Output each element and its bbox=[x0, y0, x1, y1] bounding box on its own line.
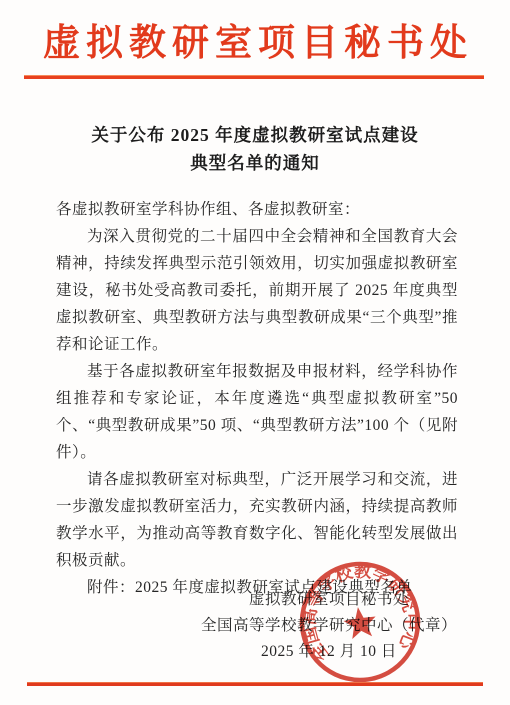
document-body: 各虚拟教研室学科协作组、各虚拟教研室： 为深入贯彻党的二十届四中全会精神和全国教… bbox=[56, 196, 458, 601]
letterhead-title: 虚拟教研室项目秘书处 bbox=[0, 12, 510, 66]
document-title-line2: 典型名单的通知 bbox=[0, 149, 510, 177]
paragraph-3: 请各虚拟教研室对标典型，广泛开展学习和交流，进一步激发虚拟教研室活力，充实教研内… bbox=[56, 466, 458, 574]
salutation: 各虚拟教研室学科协作组、各虚拟教研室： bbox=[56, 196, 458, 223]
signature-org-1: 虚拟教研室项目秘书处 bbox=[174, 587, 484, 613]
signature-block: 虚拟教研室项目秘书处 全国高等学校教学研究中心（代章） 2025 年 12 月 … bbox=[174, 587, 484, 665]
footer-rule bbox=[27, 682, 483, 686]
signature-date: 2025 年 12 月 10 日 bbox=[174, 639, 484, 665]
paragraph-1: 为深入贯彻党的二十届四中全会精神和全国教育大会精神，持续发挥典型示范引领效用，切… bbox=[56, 223, 458, 358]
paragraph-2: 基于各虚拟教研室年报数据及申报材料，经学科协作组推荐和专家论证，本年度遴选“典型… bbox=[56, 358, 458, 466]
letterhead-rule bbox=[24, 75, 484, 79]
document-title-line1: 关于公布 2025 年度虚拟教研室试点建设 bbox=[0, 121, 510, 149]
document-title: 关于公布 2025 年度虚拟教研室试点建设 典型名单的通知 bbox=[0, 121, 510, 177]
signature-org-2: 全国高等学校教学研究中心（代章） bbox=[174, 613, 484, 639]
document-page: 虚拟教研室项目秘书处 关于公布 2025 年度虚拟教研室试点建设 典型名单的通知… bbox=[0, 0, 510, 705]
